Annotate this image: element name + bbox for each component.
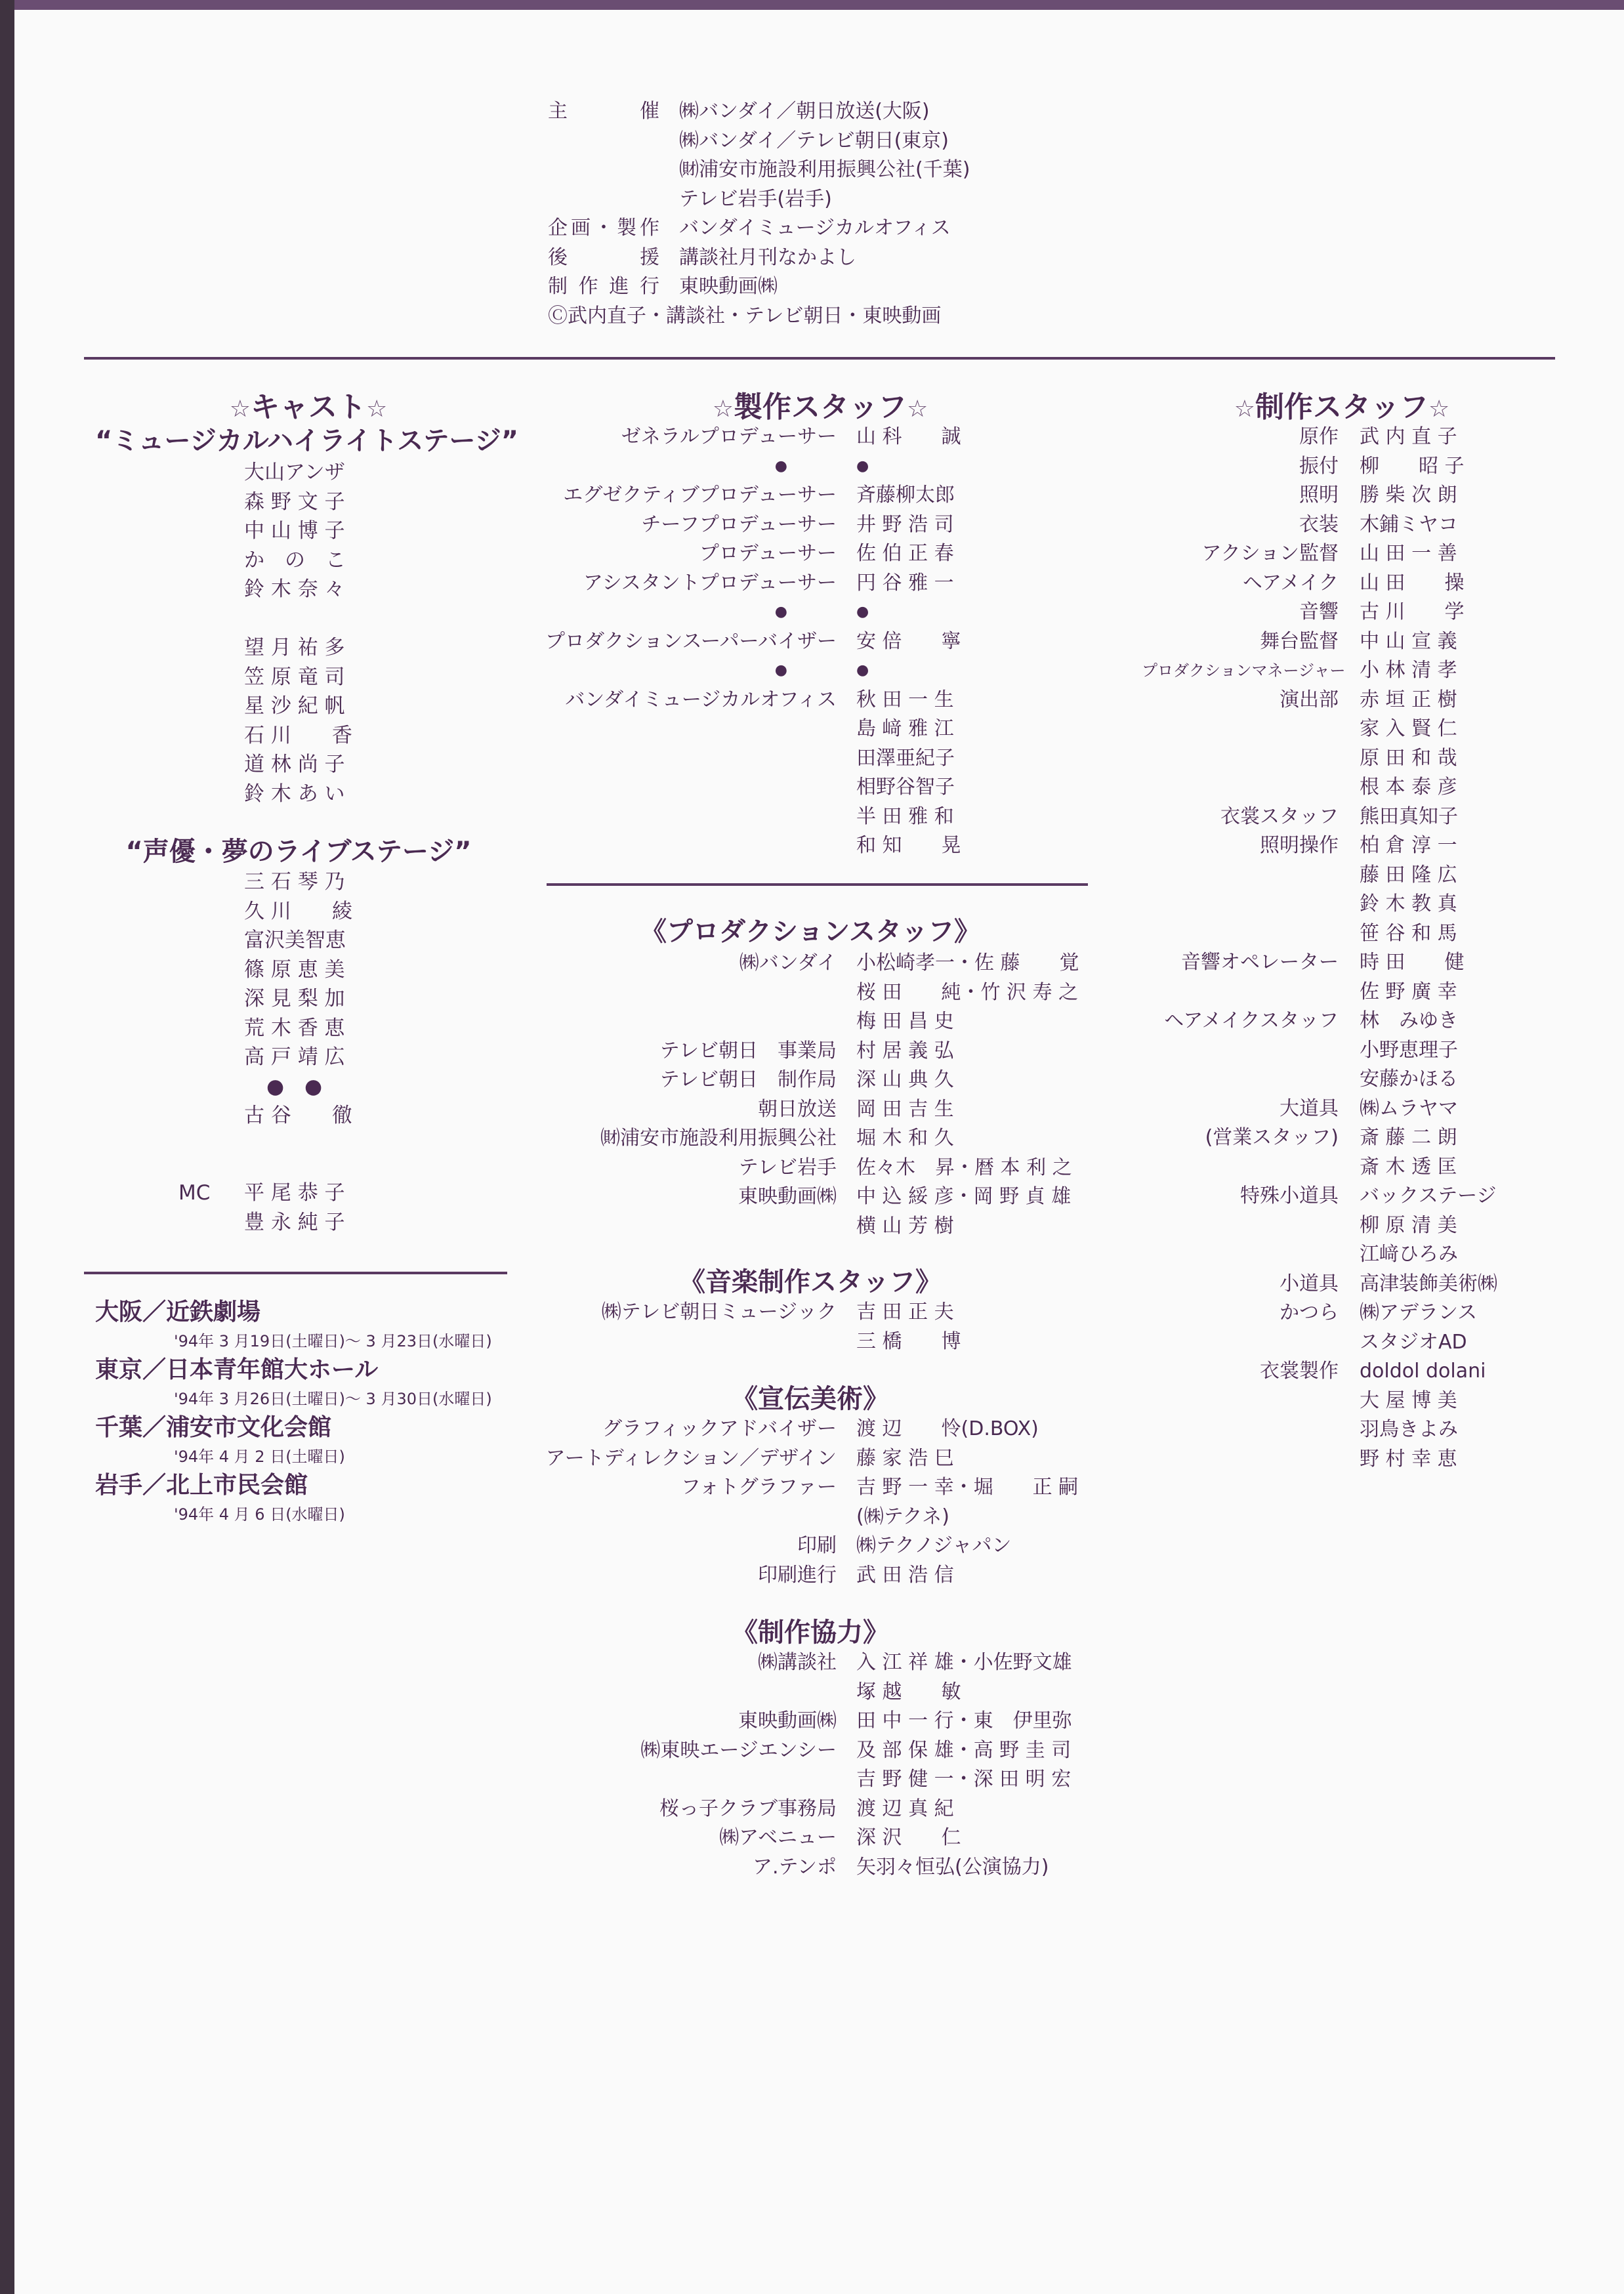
person-name: 山 田 一 善 (1360, 539, 1457, 569)
person-name: 深 沢 仁 (856, 1824, 961, 1853)
stage1-cast-list: 大山アンザ 森 野 文 子 中 山 博 子 か の こ 鈴 木 奈 々 望 月 … (244, 458, 352, 808)
role-label (1142, 890, 1339, 919)
role-label (1142, 978, 1339, 1007)
role-label (545, 744, 837, 774)
credit-row: 音響オペレーター時 田 健 (1142, 948, 1497, 978)
credit-row: ㈱バンダイ小松崎孝一・佐 藤 覚 (545, 949, 1079, 978)
cast-name: か の こ (244, 546, 352, 575)
person-name: ㈱ムラヤマ (1360, 1095, 1458, 1124)
cast-title: ☆キャスト☆ (197, 383, 420, 425)
person-name: 桜 田 純・竹 沢 寿 之 (856, 978, 1078, 1008)
credit-row: 衣裳スタッフ熊田真知子 (1142, 803, 1497, 832)
person-name: 佐々木 昇・暦 本 利 之 (856, 1154, 1072, 1183)
credit-row: ゼネラルプロデューサー山 科 誠 (545, 423, 961, 452)
credit-row: 特殊小道具バックステージ (1142, 1182, 1497, 1211)
credit-row: 藤 田 隆 広 (1142, 861, 1497, 890)
person-name: 渡 辺 真 紀 (856, 1795, 954, 1824)
scan-left-edge (0, 0, 14, 2294)
production-company-title: 《プロダクションスタッフ》 (620, 911, 1001, 948)
person-name: 柳 原 清 美 (1360, 1211, 1457, 1241)
cast-name: 石 川 香 (244, 721, 352, 751)
person-name: 家 入 賢 仁 (1360, 715, 1457, 744)
cast-name: 中 山 博 子 (244, 516, 352, 546)
person-name: 中 山 宣 義 (1360, 627, 1457, 657)
production-staff-title-text: 製作スタッフ (734, 390, 907, 424)
credit-row: 大 屋 博 美 (1142, 1387, 1497, 1416)
credit-row: 江﨑ひろみ (1142, 1240, 1497, 1270)
role-label: 音響オペレーター (1142, 948, 1339, 978)
role-label: アクション監督 (1142, 539, 1339, 569)
credit-row: 演出部赤 垣 正 樹 (1142, 686, 1497, 715)
role-label (545, 831, 837, 861)
person-name: 相野谷智子 (856, 773, 955, 803)
person-name: 吉 田 正 夫 (856, 1298, 954, 1327)
credit-row: バンダイミュージカルオフィス秋 田 一 生 (545, 686, 961, 715)
credit-row-host-2: ㈱バンダイ／テレビ朝日(東京) (548, 127, 970, 156)
credit-row: 和 知 晃 (545, 831, 961, 861)
cast-name: 三 石 琴 乃 (244, 867, 352, 897)
role-label: 衣裳製作 (1142, 1357, 1339, 1387)
credit-value: ㈶浦安市施設利用振興公社(千葉) (679, 156, 970, 185)
credit-row: 佐 野 廣 幸 (1142, 978, 1497, 1007)
credit-row-support: 後 援 講談社月刊なかよし (548, 243, 970, 273)
credit-row: 衣装木鋪ミヤコ (1142, 511, 1497, 540)
stage2-cast-list: 三 石 琴 乃 久 川 綾 富沢美智恵 篠 原 恵 美 深 見 梨 加 荒 木 … (244, 867, 352, 1131)
cast-name: 荒 木 香 恵 (244, 1014, 352, 1043)
venue-dates: '94年 3 月19日(土曜日)～ 3 月23日(水曜日) (95, 1327, 492, 1356)
credit-label: 企画・製作 (548, 214, 659, 243)
credit-row: 塚 越 敏 (545, 1678, 1072, 1707)
venue-list: 大阪／近鉄劇場 '94年 3 月19日(土曜日)～ 3 月23日(水曜日) 東京… (95, 1298, 492, 1529)
role-label: 振付 (1142, 452, 1339, 482)
person-name: ㈱アデランス (1360, 1299, 1477, 1328)
person-name: 斎 木 透 匡 (1360, 1153, 1457, 1182)
venue-place: 千葉／浦安市文化会館 (95, 1413, 492, 1442)
creative-staff-title-text: 制作スタッフ (1255, 390, 1428, 424)
role-label: テレビ岩手 (545, 1154, 837, 1183)
person-name: 小野恵理子 (1360, 1036, 1458, 1066)
role-label: 大道具 (1142, 1095, 1339, 1124)
credit-row: ㈱講談社入 江 祥 雄・小佐野文雄 (545, 1648, 1072, 1678)
creative-staff-title: ☆制作スタッフ☆ (1224, 383, 1460, 425)
credit-row-planning: 企画・製作 バンダイミュージカルオフィス (548, 214, 970, 243)
person-name: 中 込 綏 彦・岡 野 貞 雄 (856, 1182, 1071, 1212)
credit-row: (営業スタッフ)斎 藤 二 朗 (1142, 1123, 1497, 1153)
divider-top (84, 357, 1555, 360)
role-label: フォトグラファー (545, 1473, 837, 1503)
venue-place: 東京／日本青年館大ホール (95, 1356, 492, 1385)
star-icon: ☆ (230, 396, 251, 423)
cast-name: 高 戸 靖 広 (244, 1043, 352, 1072)
person-name: 江﨑ひろみ (1360, 1240, 1458, 1270)
person-name: 羽鳥きよみ (1360, 1415, 1458, 1445)
credit-row: 舞台監督中 山 宣 義 (1142, 627, 1497, 657)
person-name: 小 林 清 孝 (1360, 656, 1457, 686)
person-name: 勝 柴 次 朗 (1360, 481, 1457, 511)
copyright-line: Ⓒ武内直子・講談社・テレビ朝日・東映動画 (548, 302, 970, 331)
credit-row: (㈱テクネ) (545, 1503, 1078, 1532)
star-icon: ☆ (1428, 396, 1449, 423)
credit-row: 原作武 内 直 子 (1142, 423, 1497, 452)
person-name: 小松崎孝一・佐 藤 覚 (856, 949, 1079, 978)
dots-row: ●● (545, 656, 961, 686)
role-label (545, 773, 837, 803)
cast-name: 古 谷 徹 (244, 1101, 352, 1131)
production-company-table: ㈱バンダイ小松崎孝一・佐 藤 覚 桜 田 純・竹 沢 寿 之 梅 田 昌 史 テ… (545, 949, 1079, 1241)
credit-row: 半 田 雅 和 (545, 803, 961, 832)
person-name: 深 山 典 久 (856, 1066, 954, 1095)
role-label: ㈱東映エージエンシー (545, 1736, 837, 1766)
person-name: 野 村 幸 恵 (1360, 1445, 1457, 1474)
credit-row: 東映動画㈱中 込 綏 彦・岡 野 貞 雄 (545, 1182, 1079, 1212)
venue-dates: '94年 4 月 2 日(土曜日) (95, 1442, 492, 1471)
credit-row: グラフィックアドバイザー渡 辺 怜(D.BOX) (545, 1415, 1078, 1444)
credit-row-host-4: テレビ岩手(岩手) (548, 185, 970, 215)
mc-name: 豊 永 純 子 (244, 1208, 345, 1238)
credit-row: テレビ朝日 事業局村 居 義 弘 (545, 1037, 1079, 1066)
credit-row: 根 本 泰 彦 (1142, 773, 1497, 803)
person-name: 斎 藤 二 朗 (1360, 1123, 1457, 1153)
credit-row: 照明操作柏 倉 淳 一 (1142, 831, 1497, 861)
role-label (545, 1678, 837, 1707)
credit-row: プロデューサー佐 伯 正 春 (545, 539, 961, 569)
person-name: 柳 昭 子 (1360, 452, 1465, 482)
credit-row: 羽鳥きよみ (1142, 1415, 1497, 1445)
person-name: 林 みゆき (1360, 1007, 1458, 1036)
person-name: 時 田 健 (1360, 948, 1465, 978)
person-name: 田 中 一 行・東 伊里弥 (856, 1707, 1072, 1736)
person-name: 山 田 操 (1360, 569, 1465, 598)
cast-name: 森 野 文 子 (244, 488, 352, 517)
credit-row: アクション監督山 田 一 善 (1142, 539, 1497, 569)
music-staff-title: 《音楽制作スタッフ》 (646, 1261, 974, 1299)
credit-row: かつら㈱アデランス (1142, 1299, 1497, 1328)
credit-label: 後 援 (548, 243, 659, 273)
credit-row: 印刷㈱テクノジャパン (545, 1532, 1078, 1561)
cast-name: 望 月 祐 多 (244, 633, 352, 663)
person-name: 高津装飾美術㈱ (1360, 1270, 1497, 1299)
credit-row: プロダクションマネージャー小 林 清 孝 (1142, 656, 1497, 686)
cooperation-title: 《制作協力》 (712, 1612, 909, 1649)
credit-value: バンダイミュージカルオフィス (679, 214, 951, 243)
role-label: チーフプロデューサー (545, 511, 837, 540)
cast-name: 星 沙 紀 帆 (244, 692, 352, 721)
mc-label: MC (178, 1178, 210, 1208)
role-label: エグゼクティブプロデューサー (545, 481, 837, 511)
credit-row: テレビ岩手佐々木 昇・暦 本 利 之 (545, 1154, 1079, 1183)
role-label: プロデューサー (545, 539, 837, 569)
spacer (244, 604, 352, 634)
credit-row: 桜 田 純・竹 沢 寿 之 (545, 978, 1079, 1008)
person-name: 武 田 浩 信 (856, 1561, 954, 1591)
role-label: 原作 (1142, 423, 1339, 452)
person-name: 半 田 雅 和 (856, 803, 954, 832)
venue-place: 岩手／北上市民会館 (95, 1471, 492, 1500)
person-name: 大 屋 博 美 (1360, 1387, 1457, 1416)
person-name: 三 橋 博 (856, 1327, 961, 1357)
person-name: doldol dolani (1360, 1357, 1486, 1387)
credit-label-empty (548, 127, 659, 156)
role-label (1142, 1445, 1339, 1474)
person-name: 岡 田 吉 生 (856, 1095, 954, 1125)
divider-left (84, 1272, 507, 1274)
role-label (545, 715, 837, 744)
credit-row: アートディレクション／デザイン藤 家 浩 巳 (545, 1444, 1078, 1474)
credit-row: 田澤亜紀子 (545, 744, 961, 774)
person-name: 藤 田 隆 広 (1360, 861, 1457, 890)
cast-name: 道 林 尚 子 (244, 750, 352, 780)
role-label (1142, 715, 1339, 744)
person-name: 古 川 学 (1360, 598, 1465, 627)
person-name: 田澤亜紀子 (856, 744, 955, 774)
role-label (1142, 1065, 1339, 1095)
person-name: 塚 越 敏 (856, 1678, 961, 1707)
cast-name: 笠 原 竜 司 (244, 663, 352, 692)
person-name: スタジオAD (1360, 1328, 1467, 1358)
credit-row: テレビ朝日 制作局深 山 典 久 (545, 1066, 1079, 1095)
role-label: 衣装 (1142, 511, 1339, 540)
person-name: 山 科 誠 (856, 423, 961, 452)
role-label: かつら (1142, 1299, 1339, 1328)
role-label: アートディレクション／デザイン (545, 1444, 837, 1474)
role-label: ア.テンポ (545, 1853, 837, 1883)
role-label: ㈱アベニュー (545, 1824, 837, 1853)
role-label (545, 1503, 837, 1532)
cast-name: 久 川 綾 (244, 897, 352, 927)
dot-icon: ● (545, 656, 787, 686)
dot-icon: ● (856, 598, 869, 627)
person-name: 渡 辺 怜(D.BOX) (856, 1415, 1039, 1444)
credit-row: 衣裳製作doldol dolani (1142, 1357, 1497, 1387)
dots-row: ●● (545, 598, 961, 627)
role-label: (営業スタッフ) (1142, 1123, 1339, 1153)
credit-value: テレビ岩手(岩手) (679, 185, 832, 215)
role-label: 舞台監督 (1142, 627, 1339, 657)
role-label: ヘアメイク (1142, 569, 1339, 598)
credit-row: 梅 田 昌 史 (545, 1007, 1079, 1037)
credit-row: ㈶浦安市施設利用振興公社堀 木 和 久 (545, 1124, 1079, 1154)
person-name: 佐 野 廣 幸 (1360, 978, 1457, 1007)
credit-row: チーフプロデューサー井 野 浩 司 (545, 511, 961, 540)
credit-row: スタジオAD (1142, 1328, 1497, 1358)
person-name: 矢羽々恒弘(公演協力) (856, 1853, 1049, 1883)
credit-row: フォトグラファー吉 野 一 幸・堀 正 嗣 (545, 1473, 1078, 1503)
role-label: プロダクションスーパーバイザー (545, 627, 837, 657)
credit-row: ㈱アベニュー深 沢 仁 (545, 1824, 1072, 1853)
role-label: ヘアメイクスタッフ (1142, 1007, 1339, 1036)
person-name: ㈱テクノジャパン (856, 1532, 1011, 1561)
credit-label: 主 催 (548, 97, 659, 127)
music-staff-table: ㈱テレビ朝日ミュージック吉 田 正 夫 三 橋 博 (545, 1298, 961, 1356)
person-name: 佐 伯 正 春 (856, 539, 954, 569)
venue-place: 大阪／近鉄劇場 (95, 1298, 492, 1327)
credit-row: 相野谷智子 (545, 773, 961, 803)
role-label: 印刷 (545, 1532, 837, 1561)
credit-row: 朝日放送岡 田 吉 生 (545, 1095, 1079, 1125)
role-label: ゼネラルプロデューサー (545, 423, 837, 452)
person-name: 笹 谷 和 馬 (1360, 919, 1457, 949)
person-name: 根 本 泰 彦 (1360, 773, 1457, 803)
credit-row: ㈱テレビ朝日ミュージック吉 田 正 夫 (545, 1298, 961, 1327)
dots-row: ●● (545, 452, 961, 482)
person-name: 安 倍 寧 (856, 627, 961, 657)
role-label (545, 1007, 837, 1037)
credit-label-empty (548, 156, 659, 185)
role-label (1142, 861, 1339, 890)
person-name: 鈴 木 教 真 (1360, 890, 1457, 919)
dot-icon: ● (856, 656, 869, 686)
credit-row: ヘアメイク山 田 操 (1142, 569, 1497, 598)
person-name: 井 野 浩 司 (856, 511, 954, 540)
role-label (545, 1327, 837, 1357)
role-label: ㈱講談社 (545, 1648, 837, 1678)
credit-row: ㈱東映エージエンシー及 部 保 雄・高 野 圭 司 (545, 1736, 1072, 1766)
role-label: 照明 (1142, 481, 1339, 511)
credit-row-production: 制作進行 東映動画㈱ (548, 272, 970, 302)
dot-icon: ● (856, 452, 869, 482)
credit-row: 小野恵理子 (1142, 1036, 1497, 1066)
stage2-title: “声優・夢のライブステージ” (95, 831, 502, 868)
credit-row: ヘアメイクスタッフ林 みゆき (1142, 1007, 1497, 1036)
role-label: 東映動画㈱ (545, 1707, 837, 1736)
role-label: グラフィックアドバイザー (545, 1415, 837, 1444)
person-name: 秋 田 一 生 (856, 686, 954, 715)
person-name: 梅 田 昌 史 (856, 1007, 954, 1037)
person-name: 斉藤柳太郎 (856, 481, 955, 511)
person-name: 円 谷 雅 一 (856, 569, 954, 598)
credit-row: 桜っ子クラブ事務局渡 辺 真 紀 (545, 1795, 1072, 1824)
person-name: 及 部 保 雄・高 野 圭 司 (856, 1736, 1071, 1766)
divider-center (547, 883, 1088, 886)
person-name: 堀 木 和 久 (856, 1124, 954, 1154)
production-staff-title: ☆製作スタッフ☆ (702, 383, 938, 425)
presenter-credits: 主 催 ㈱バンダイ／朝日放送(大阪) ㈱バンダイ／テレビ朝日(東京) ㈶浦安市施… (548, 97, 970, 331)
credit-label-empty (548, 185, 659, 215)
person-name: 島 﨑 雅 江 (856, 715, 954, 744)
credit-row: 笹 谷 和 馬 (1142, 919, 1497, 949)
credit-row: 小道具高津装飾美術㈱ (1142, 1270, 1497, 1299)
publicity-art-title: 《宣伝美術》 (712, 1378, 909, 1415)
separator-dots: ● ● (244, 1072, 352, 1102)
credit-label: 制作進行 (548, 272, 659, 302)
star-icon: ☆ (1234, 396, 1255, 423)
role-label: 印刷進行 (545, 1561, 837, 1591)
credit-row: 原 田 和 哉 (1142, 744, 1497, 774)
role-label (1142, 1387, 1339, 1416)
role-label (1142, 1328, 1339, 1358)
role-label (1142, 773, 1339, 803)
cast-name: 深 見 梨 加 (244, 984, 352, 1014)
person-name: 吉 野 健 一・深 田 明 宏 (856, 1765, 1071, 1795)
credit-value: ㈱バンダイ／朝日放送(大阪) (679, 97, 930, 127)
cast-name: 富沢美智恵 (244, 926, 352, 955)
credit-row: プロダクションスーパーバイザー安 倍 寧 (545, 627, 961, 657)
role-label (1142, 919, 1339, 949)
person-name: 吉 野 一 幸・堀 正 嗣 (856, 1473, 1078, 1503)
role-label (1142, 1240, 1339, 1270)
credit-row: 横 山 芳 樹 (545, 1212, 1079, 1241)
publicity-art-table: グラフィックアドバイザー渡 辺 怜(D.BOX) アートディレクション／デザイン… (545, 1415, 1078, 1590)
person-name: 武 内 直 子 (1360, 423, 1457, 452)
credit-row: 照明勝 柴 次 朗 (1142, 481, 1497, 511)
role-label: ㈶浦安市施設利用振興公社 (545, 1124, 837, 1154)
credit-row: 印刷進行武 田 浩 信 (545, 1561, 1078, 1591)
credit-value: 講談社月刊なかよし (679, 243, 856, 273)
person-name: 柏 倉 淳 一 (1360, 831, 1457, 861)
credit-value: 東映動画㈱ (679, 272, 778, 302)
credit-row: 斎 木 透 匡 (1142, 1153, 1497, 1182)
credit-row: 大道具㈱ムラヤマ (1142, 1095, 1497, 1124)
credit-row: ア.テンポ矢羽々恒弘(公演協力) (545, 1853, 1072, 1883)
cast-name: 篠 原 恵 美 (244, 955, 352, 985)
credit-row: 吉 野 健 一・深 田 明 宏 (545, 1765, 1072, 1795)
cast-name: 大山アンザ (244, 458, 352, 488)
cooperation-table: ㈱講談社入 江 祥 雄・小佐野文雄 塚 越 敏 東映動画㈱田 中 一 行・東 伊… (545, 1648, 1072, 1882)
credit-row: アシスタントプロデューサー円 谷 雅 一 (545, 569, 961, 598)
role-label: プロダクションマネージャー (1142, 656, 1339, 686)
person-name: 和 知 晃 (856, 831, 961, 861)
cast-title-text: キャスト (251, 390, 366, 424)
role-label (545, 1212, 837, 1241)
credit-row-host: 主 催 ㈱バンダイ／朝日放送(大阪) (548, 97, 970, 127)
person-name: 村 居 義 弘 (856, 1037, 954, 1066)
person-name: 赤 垣 正 樹 (1360, 686, 1457, 715)
person-name: 藤 家 浩 巳 (856, 1444, 954, 1474)
role-label: アシスタントプロデューサー (545, 569, 837, 598)
credit-value: ㈱バンダイ／テレビ朝日(東京) (679, 127, 949, 156)
cast-name: 鈴 木 あ い (244, 780, 352, 809)
mc-name: 平 尾 恭 子 (244, 1178, 345, 1208)
person-name: 横 山 芳 樹 (856, 1212, 954, 1241)
credit-row-host-3: ㈶浦安市施設利用振興公社(千葉) (548, 156, 970, 185)
role-label (1142, 1036, 1339, 1066)
role-label: ㈱テレビ朝日ミュージック (545, 1298, 837, 1327)
role-label: 桜っ子クラブ事務局 (545, 1795, 837, 1824)
credit-row: 家 入 賢 仁 (1142, 715, 1497, 744)
person-name: (㈱テクネ) (856, 1503, 949, 1532)
person-name: 入 江 祥 雄・小佐野文雄 (856, 1648, 1072, 1678)
person-name: 原 田 和 哉 (1360, 744, 1457, 774)
star-icon: ☆ (366, 396, 387, 423)
dot-icon: ● (545, 452, 787, 482)
role-label (1142, 744, 1339, 774)
role-label: バンダイミュージカルオフィス (545, 686, 837, 715)
credit-row: 東映動画㈱田 中 一 行・東 伊里弥 (545, 1707, 1072, 1736)
venue-dates: '94年 4 月 6 日(水曜日) (95, 1500, 492, 1529)
credit-row: エグゼクティブプロデューサー斉藤柳太郎 (545, 481, 961, 511)
role-label: テレビ朝日 制作局 (545, 1066, 837, 1095)
role-label: 演出部 (1142, 686, 1339, 715)
credit-row: 鈴 木 教 真 (1142, 890, 1497, 919)
creative-staff-table: 原作武 内 直 子振付柳 昭 子照明勝 柴 次 朗衣装木鋪ミヤコアクション監督山… (1142, 423, 1497, 1474)
credit-row: 振付柳 昭 子 (1142, 452, 1497, 482)
role-label: ㈱バンダイ (545, 949, 837, 978)
credit-row: 野 村 幸 恵 (1142, 1445, 1497, 1474)
role-label: 衣裳スタッフ (1142, 803, 1339, 832)
role-label (545, 978, 837, 1008)
venue-dates: '94年 3 月26日(土曜日)～ 3 月30日(水曜日) (95, 1385, 492, 1413)
person-name: 熊田真知子 (1360, 803, 1458, 832)
star-icon: ☆ (713, 396, 734, 423)
cast-name: 鈴 木 奈 々 (244, 575, 352, 604)
role-label (1142, 1153, 1339, 1182)
role-label (1142, 1415, 1339, 1445)
role-label (545, 803, 837, 832)
role-label (1142, 1211, 1339, 1241)
scan-top-edge (0, 0, 1624, 10)
credit-row: 三 橋 博 (545, 1327, 961, 1357)
person-name: 安藤かほる (1360, 1065, 1458, 1095)
